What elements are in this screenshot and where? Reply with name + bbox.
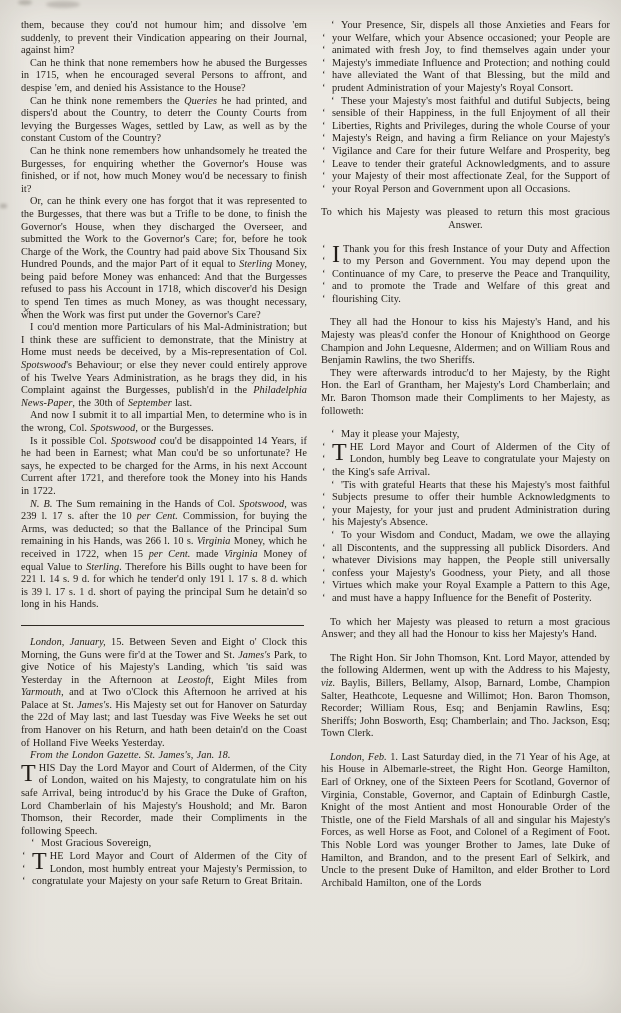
right-column: Your Presence, Sir, dispels all those An… — [321, 20, 610, 890]
drop-cap: I — [332, 244, 343, 266]
paragraph: I cou'd mention more Particulars of his … — [21, 322, 307, 410]
paragraph: They all had the Honour to kiss his Maje… — [321, 317, 610, 367]
section-divider-rule — [21, 625, 304, 626]
paragraph: London, January, 15. Between Seven and E… — [21, 637, 307, 750]
paragraph: IThank you for this fresh Instance of yo… — [321, 244, 610, 307]
ink-smudge — [46, 1, 80, 8]
left-column: them, because they cou'd not humour him;… — [21, 20, 307, 889]
paragraph: These your Majesty's most faithful and d… — [321, 96, 610, 197]
paragraph: Most Gracious Sovereign, — [21, 838, 307, 851]
paragraph: To your Wisdom and Conduct, Madam, we ow… — [321, 530, 610, 606]
paragraph: Can he think none remembers how unhandso… — [21, 146, 307, 196]
paragraph: THE Lord Mayor and Court of Aldermen of … — [21, 851, 307, 889]
paragraph: 'Tis with grateful Hearts that these his… — [321, 480, 610, 530]
paragraph: To which her Majesty was pleased to retu… — [321, 617, 610, 642]
ink-smudge — [18, 0, 32, 5]
paragraph: Is it possible Col. Spotswood cou'd be d… — [21, 436, 307, 499]
paragraph: THIS Day the Lord Mayor and Court of Ald… — [21, 763, 307, 839]
paragraph: Or, can he think every one has forgot th… — [21, 196, 307, 322]
paragraph: And now I submit it to all impartial Men… — [21, 410, 307, 435]
paragraph: Can he think that none remembers how he … — [21, 58, 307, 96]
paragraph: To which his Majesty was pleased to retu… — [321, 207, 610, 232]
paragraph: They were afterwards introduc'd to her M… — [321, 368, 610, 418]
drop-cap: T — [21, 763, 39, 785]
paragraph: The Right Hon. Sir John Thomson, Knt. Lo… — [321, 653, 610, 741]
paragraph: May it please your Majesty, — [321, 429, 610, 442]
ink-speck — [0, 204, 7, 208]
paragraph: Can he think none remembers the Queries … — [21, 96, 307, 146]
drop-cap: T — [32, 851, 50, 873]
paragraph: From the London Gazette. St. James's, Ja… — [21, 750, 307, 763]
paragraph: THE Lord Mayor and Court of Aldermen of … — [321, 442, 610, 480]
paragraph: them, because they cou'd not humour him;… — [21, 20, 307, 58]
paragraph: London, Feb. 1. Last Saturday died, in t… — [321, 752, 610, 891]
drop-cap: T — [332, 442, 350, 464]
newspaper-page-scan: × them, because they cou'd not humour hi… — [0, 0, 621, 1013]
paragraph: N. B. The Sum remaining in the Hands of … — [21, 499, 307, 612]
paragraph: Your Presence, Sir, dispels all those An… — [321, 20, 610, 96]
